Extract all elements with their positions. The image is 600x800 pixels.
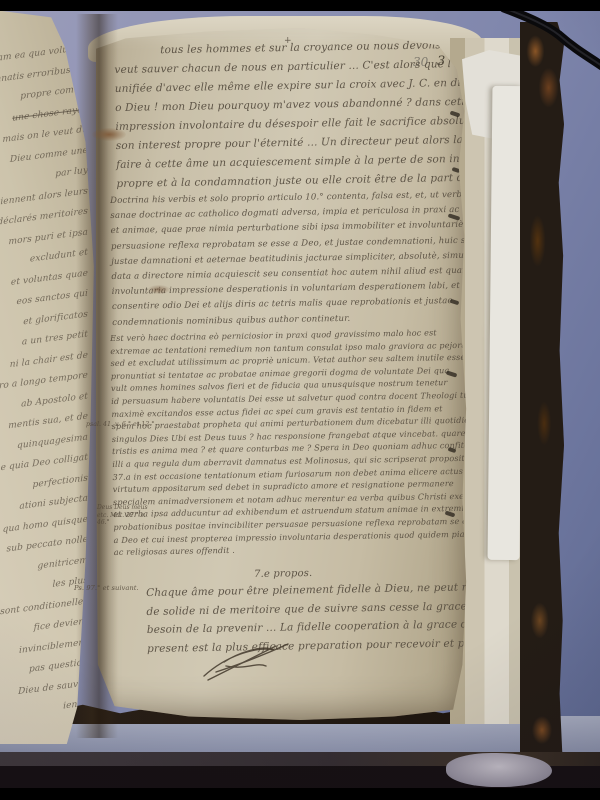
paraph-flourish	[196, 636, 316, 684]
manuscript-photo: tiam ea qua voluntasdamnatis erroribus i…	[0, 0, 600, 800]
margin-note-psalm: psal. 41. v. 6.° et 12.°	[86, 421, 154, 428]
paper-insert-strip	[488, 86, 525, 560]
margin-note-matthew: Deus Deus meus etc. Mat. 27.° v. 46.°	[97, 504, 153, 527]
stain	[148, 285, 170, 294]
flourish-strokes	[196, 636, 316, 684]
stain	[92, 128, 126, 141]
heading-7e-proposition: 7.e propos.	[254, 568, 312, 580]
paragraph-latin-commentary: Est verò haec doctrina eò perniciosior i…	[110, 325, 508, 559]
paragraph-french-top: tous les hommes et sur la croyance ou no…	[114, 35, 499, 194]
photo-background: tiam ea qua voluntasdamnatis erroribus i…	[0, 0, 600, 800]
white-cloth	[446, 753, 552, 787]
manuscript-page: 30 3 + tous les hommes et sur la croyanc…	[96, 28, 468, 720]
letterbox-top	[0, 0, 600, 11]
binding-edge	[520, 22, 564, 752]
left-page-text: tiam ea qua voluntasdamnatis erroribus i…	[0, 42, 88, 730]
left-page: tiam ea qua voluntasdamnatis erroribus i…	[0, 10, 98, 744]
letterbox-bottom	[0, 788, 600, 800]
margin-note-ps97: Ps. 97.° et suivant.	[74, 584, 139, 592]
